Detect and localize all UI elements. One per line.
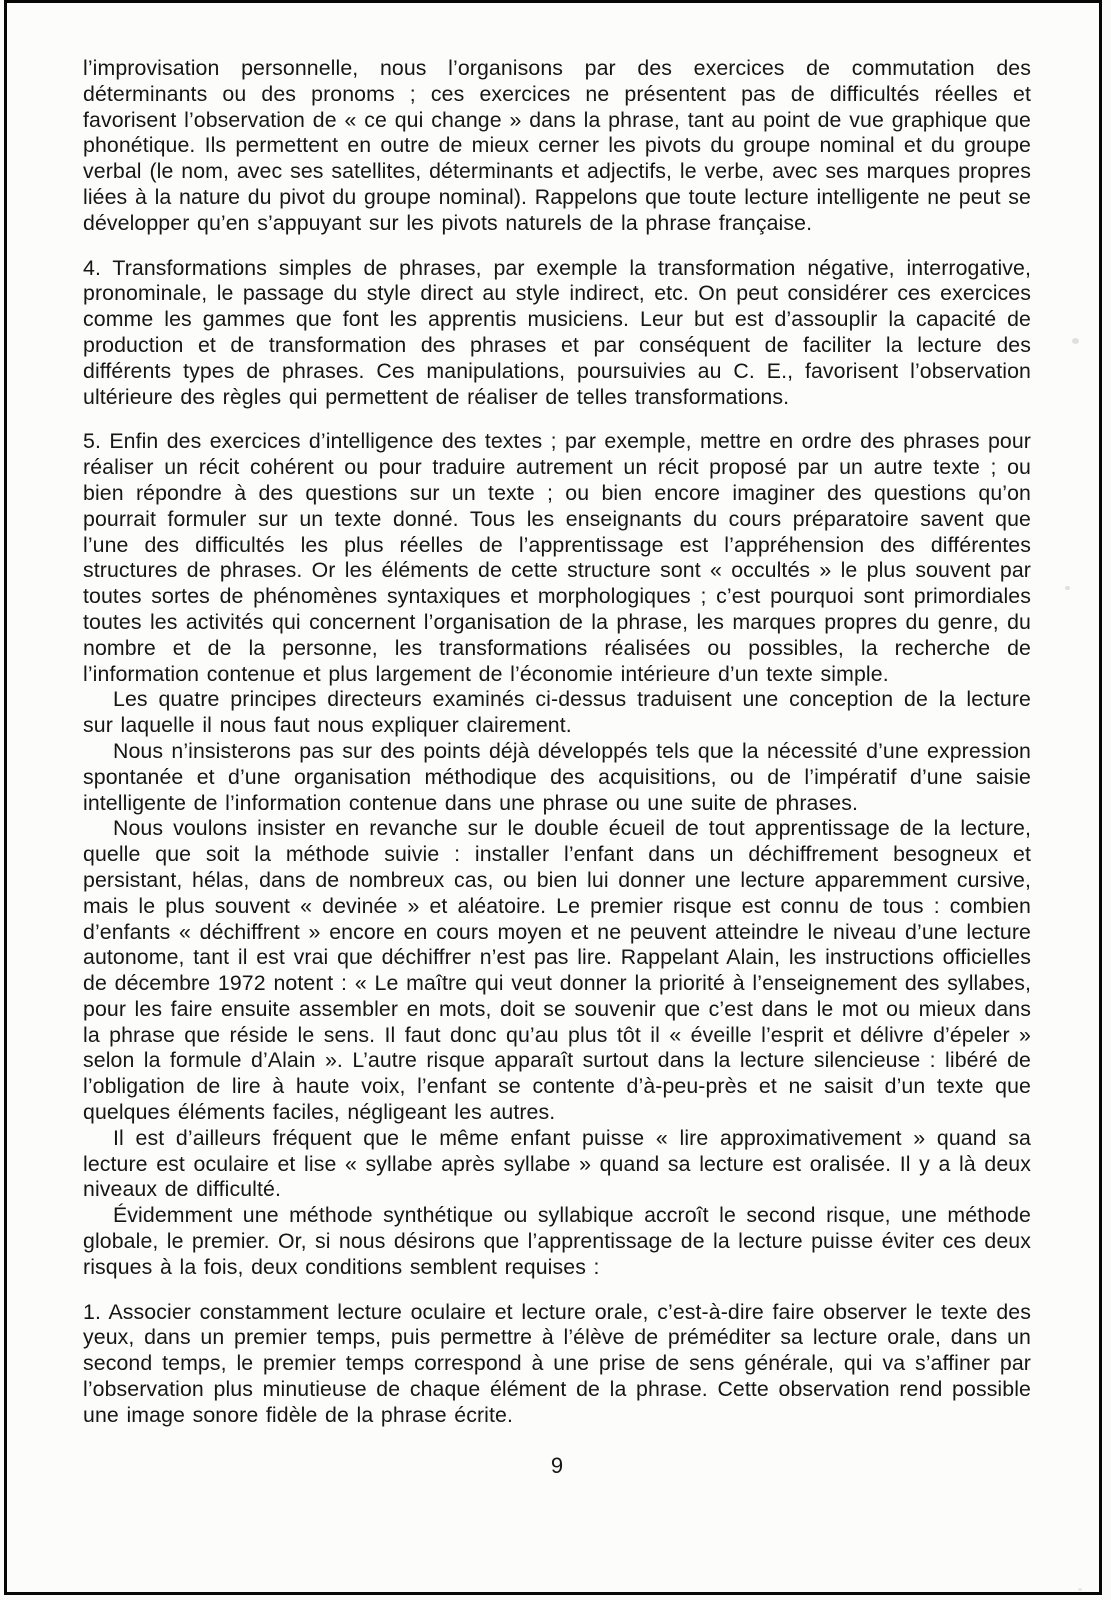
page-body-text: l’improvisation personnelle, nous l’orga…	[83, 56, 1031, 1479]
scan-speck	[1065, 586, 1070, 590]
paragraph-evidemment: Évidemment une méthode synthétique ou sy…	[83, 1203, 1031, 1280]
scan-speck	[1072, 338, 1079, 344]
paragraph-principes: Les quatre principes directeurs examinés…	[83, 687, 1031, 739]
scan-speck	[1078, 1588, 1082, 1591]
paragraph-item-5: 5. Enfin des exercices d’intelligence de…	[83, 429, 1031, 687]
paragraph-double-ecueil: Nous voulons insister en revanche sur le…	[83, 816, 1031, 1126]
paragraph-deux-niveaux: Il est d’ailleurs fréquent que le même e…	[83, 1126, 1031, 1203]
paragraph-item-4: 4. Transformations simples de phrases, p…	[83, 256, 1031, 411]
page-number: 9	[83, 1453, 1031, 1479]
paragraph-item-1: 1. Associer constamment lecture oculaire…	[83, 1300, 1031, 1429]
paragraph-insisterons: Nous n’insisterons pas sur des points dé…	[83, 739, 1031, 816]
paragraph-continuation: l’improvisation personnelle, nous l’orga…	[83, 56, 1031, 237]
